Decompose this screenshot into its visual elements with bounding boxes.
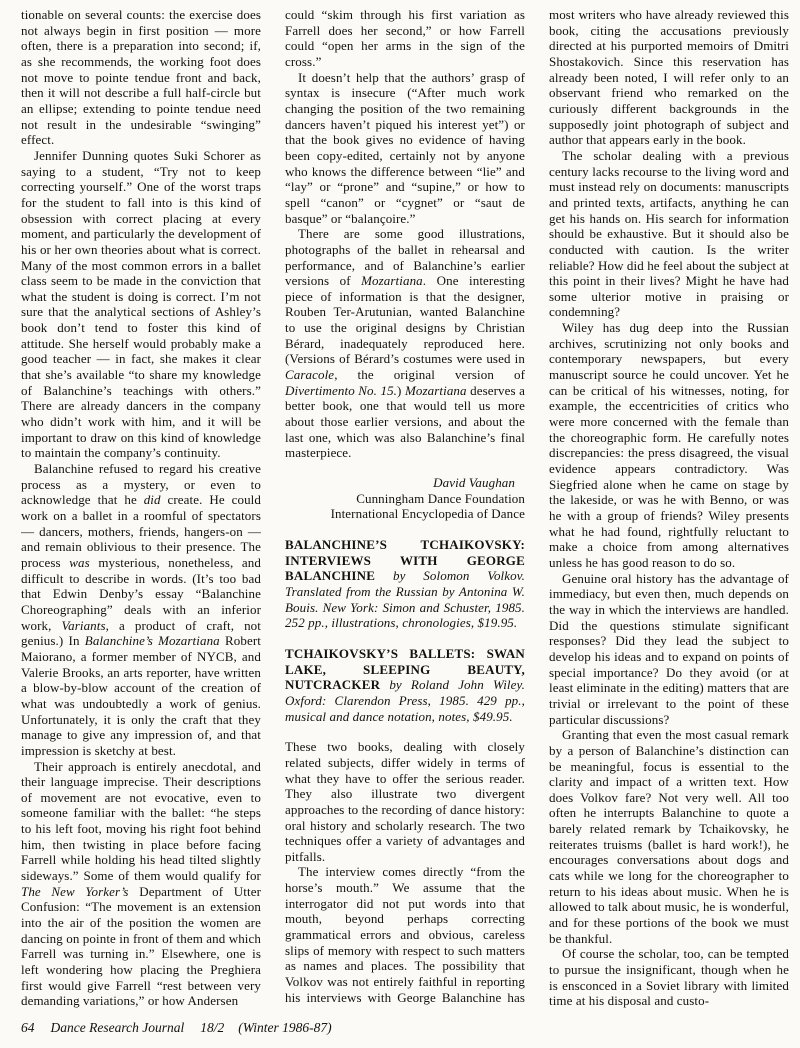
issue-season: (Winter 1986-87) [238, 1020, 331, 1035]
page-footer: 64Dance Research Journal18/2(Winter 1986… [21, 1020, 332, 1036]
page-number: 64 [21, 1020, 35, 1035]
book-citation-heading: BALANCHINE’S TCHAIKOVSKY: INTERVIEWS WIT… [285, 537, 525, 631]
issue-number: 18/2 [200, 1020, 224, 1035]
body-paragraph: There are some good illustrations, photo… [285, 226, 525, 461]
book-citation-heading: TCHAIKOVSKY’S BALLETS: SWAN LAKE, SLEEPI… [285, 646, 525, 724]
column-right: most writers who have already reviewed t… [549, 7, 789, 1008]
review-byline: David VaughanCunningham Dance Foundation… [285, 475, 525, 522]
journal-page: tionable on several counts: the exercise… [0, 0, 800, 1048]
body-paragraph: Balanchine refused to regard his creativ… [21, 461, 261, 758]
body-paragraph: tionable on several counts: the exercise… [21, 7, 261, 148]
body-paragraph: Of course the scholar, too, can be tempt… [549, 946, 789, 1008]
reviewer-affiliation: International Encyclopedia of Dance [285, 506, 525, 522]
body-paragraph: The interview comes directly “from the h… [285, 864, 525, 1008]
body-paragraph: The scholar dealing with a previous cent… [549, 148, 789, 320]
body-paragraph: most writers who have already reviewed t… [549, 7, 789, 148]
reviewer-affiliation: Cunningham Dance Foundation [285, 491, 525, 507]
body-paragraph: Granting that even the most casual remar… [549, 727, 789, 946]
journal-title: Dance Research Journal [51, 1020, 185, 1035]
body-paragraph: could “skim through his first variation … [285, 7, 525, 70]
body-paragraph: Their approach is entirely anecdotal, an… [21, 759, 261, 1009]
body-paragraph: These two books, dealing with closely re… [285, 739, 525, 864]
reviewer-name: David Vaughan [285, 475, 525, 491]
body-paragraph: Jennifer Dunning quotes Suki Schorer as … [21, 148, 261, 461]
text-columns: tionable on several counts: the exercise… [21, 7, 789, 1008]
column-left: tionable on several counts: the exercise… [21, 7, 261, 1008]
column-center: could “skim through his first variation … [285, 7, 525, 1008]
body-paragraph: Wiley has dug deep into the Russian arch… [549, 320, 789, 571]
body-paragraph: It doesn’t help that the authors’ grasp … [285, 70, 525, 227]
body-paragraph: Genuine oral history has the advantage o… [549, 571, 789, 728]
